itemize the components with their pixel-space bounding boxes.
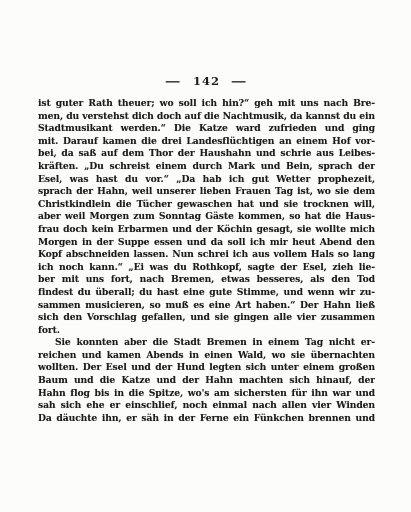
text-line: mit. Darauf kamen die drei Landesflüchti…	[38, 136, 375, 149]
text-line: ich noch kann.“ „Ei was du Rothkopf, sag…	[38, 262, 375, 275]
text-line: Hahn flog bis in die Spitze, wo's am sic…	[38, 388, 375, 401]
header-left-dash: —	[165, 73, 182, 89]
text-line: Morgen in der Suppe essen und da soll ic…	[38, 237, 375, 250]
text-line: findest du überall; du hast eine gute St…	[38, 287, 375, 300]
text-line: sich den Vorschlag gefallen, und sie gin…	[38, 312, 375, 325]
paragraph-1: ist guter Rath theuer; wo soll ich hin?“…	[38, 98, 375, 337]
text-line: ber mit uns fort, nach Bremen, etwas bes…	[38, 274, 375, 287]
text-line: Esel, was hast du vor.“ „Da hab ich gut …	[38, 174, 375, 187]
page-body-text: ist guter Rath theuer; wo soll ich hin?“…	[38, 98, 375, 425]
text-line: Christkindlein die Tücher gewaschen hat …	[38, 199, 375, 212]
scanned-book-page-screenshot: —142— ist guter Rath theuer; wo soll ich…	[0, 0, 411, 512]
text-line: sah sich ehe er einschlief, noch einmal …	[38, 400, 375, 413]
text-line: sammen musicieren, so muß es eine Art ha…	[38, 300, 375, 313]
book-page: —142— ist guter Rath theuer; wo soll ich…	[0, 0, 411, 512]
text-line: ist guter Rath theuer; wo soll ich hin?“…	[38, 98, 375, 111]
text-line: Kopf abschneiden lassen. Nun schrei ich …	[38, 249, 375, 262]
text-line: sprach der Hahn, weil unserer lieben Fra…	[38, 186, 375, 199]
text-line: bei, da saß auf dem Thor der Haushahn un…	[38, 148, 375, 161]
text-line: frau doch kein Erbarmen und der Köchin g…	[38, 224, 375, 237]
text-line: wollten. Der Esel und der Hund legten si…	[38, 362, 375, 375]
header-right-dash: —	[231, 73, 248, 89]
text-line: kräften. „Du schreist einem durch Mark u…	[38, 161, 375, 174]
text-line: aber weil Morgen zum Sonntag Gäste komme…	[38, 211, 375, 224]
text-line: Da däuchte ihn, er säh in der Ferne ein …	[38, 413, 375, 426]
text-line: Baum und die Katze und der Hahn machten …	[38, 375, 375, 388]
paragraph-2: Sie konnten aber die Stadt Bremen in ein…	[38, 337, 375, 425]
text-line: reichen und kamen Abends in einen Wald, …	[38, 350, 375, 363]
text-line: fort.	[38, 325, 375, 338]
text-line: Sie konnten aber die Stadt Bremen in ein…	[38, 337, 375, 350]
text-line: men, du verstehst dich doch auf die Nach…	[38, 111, 375, 124]
text-line: Stadtmusikant werden.“ Die Katze ward zu…	[38, 123, 375, 136]
page-header: —142—	[38, 73, 375, 89]
page-number: 142	[193, 73, 220, 89]
